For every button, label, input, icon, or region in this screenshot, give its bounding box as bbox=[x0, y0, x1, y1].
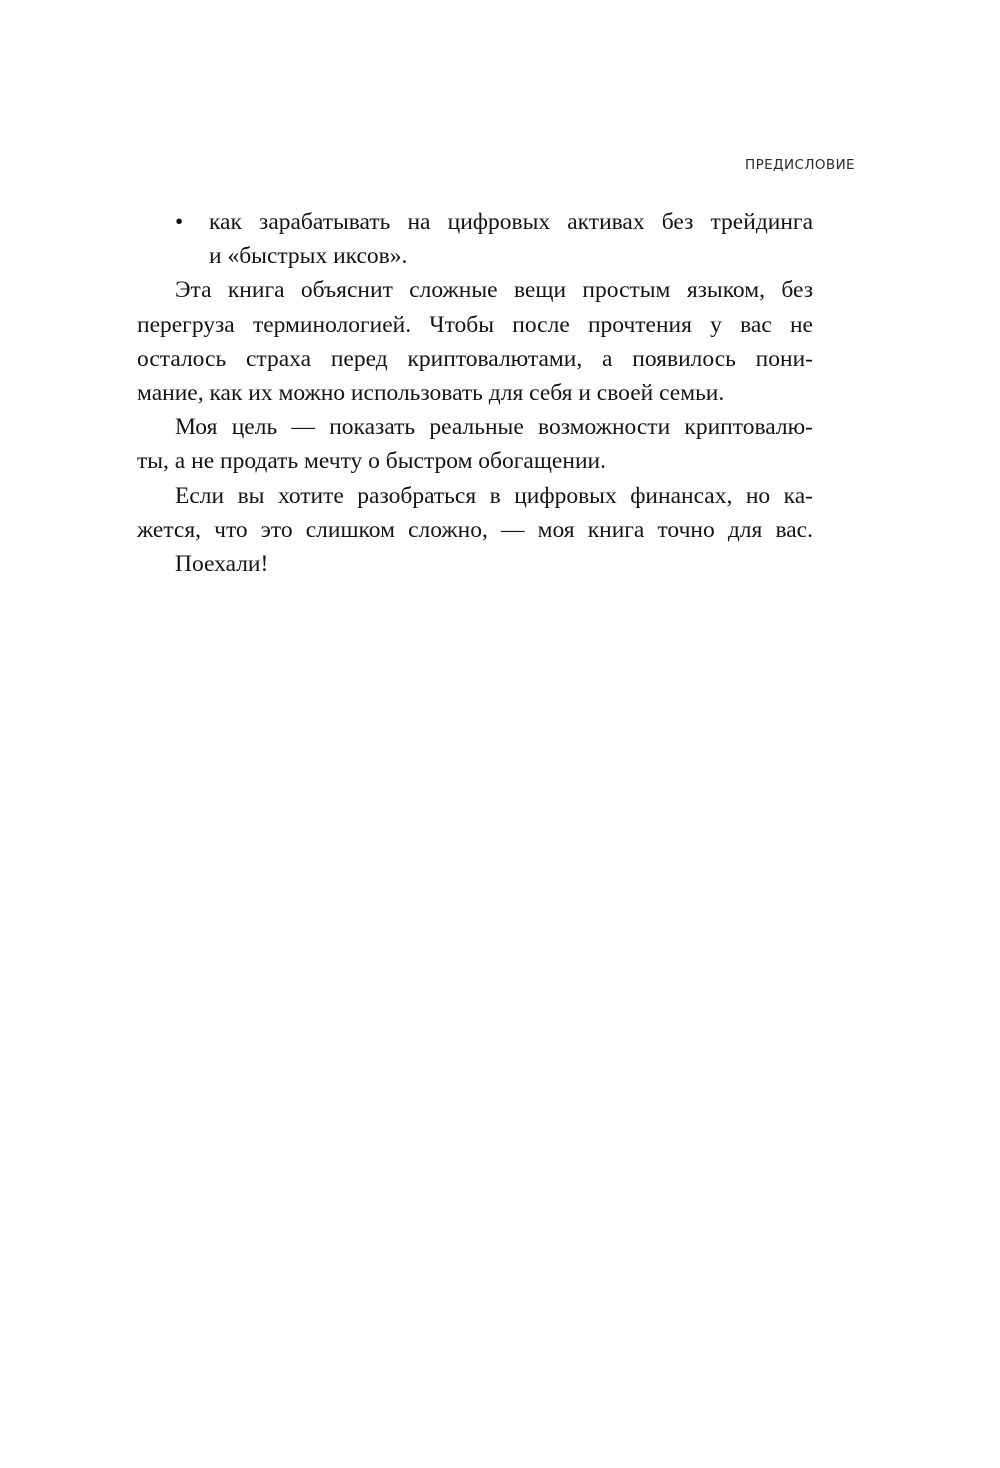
paragraph-line: Если вы хотите разобраться в цифровых фи… bbox=[137, 479, 813, 513]
paragraph-line: осталось страха перед криптовалютами, а … bbox=[137, 342, 813, 376]
paragraph-line: Эта книга объяснит сложные вещи простым … bbox=[137, 273, 813, 307]
paragraph-author-goal: Моя цель — показать реальные возможности… bbox=[137, 410, 813, 478]
paragraph-audience: Если вы хотите разобраться в цифровых фи… bbox=[137, 479, 813, 547]
paragraph-closing: Поехали! bbox=[137, 547, 813, 581]
paragraph-line: ты, а не продать мечту о быстром обогаще… bbox=[137, 444, 813, 478]
bullet-list-item: • как зарабатывать на цифровых активах б… bbox=[137, 205, 813, 273]
paragraph-line: перегруза терминологией. Чтобы после про… bbox=[137, 308, 813, 342]
bullet-line: как зарабатывать на цифровых активах без… bbox=[209, 205, 813, 239]
paragraph-line: жется, что это слишком сложно, — моя кни… bbox=[137, 513, 813, 547]
bullet-icon: • bbox=[175, 205, 195, 239]
bullet-line: и «быстрых иксов». bbox=[209, 239, 813, 273]
body-text: • как зарабатывать на цифровых активах б… bbox=[137, 205, 813, 581]
paragraph-line: мание, как их можно использовать для себ… bbox=[137, 376, 813, 410]
paragraph-book-purpose: Эта книга объяснит сложные вещи простым … bbox=[137, 273, 813, 410]
paragraph-line: Моя цель — показать реальные возможности… bbox=[137, 410, 813, 444]
running-head: ПРЕДИСЛОВИЕ bbox=[745, 157, 855, 173]
paragraph-line: Поехали! bbox=[137, 547, 813, 581]
